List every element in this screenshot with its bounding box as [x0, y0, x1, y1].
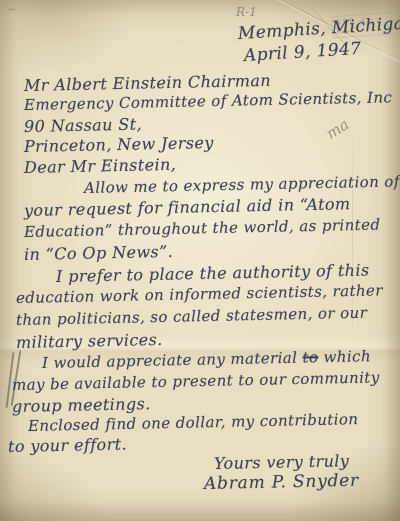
body-line: may be available to present to our commu… — [12, 368, 380, 394]
closing: Yours very truly — [214, 451, 350, 473]
body-line: your request for financial aid in “Atom — [24, 194, 351, 220]
salutation: Dear Mr Einstein, — [24, 155, 177, 177]
heading-date-line: April 9, 1947 — [243, 39, 362, 66]
paper-crease — [352, 120, 353, 370]
strike-pre: I would appreciate any material — [42, 349, 303, 372]
pencil-note: ma — [323, 115, 352, 143]
body-line-with-strikeout: I would appreciate any material to which — [42, 347, 371, 372]
body-line: Education” throughout the world, as prin… — [24, 216, 381, 241]
struck-word: to — [302, 348, 318, 366]
body-line: in “Co Op News”. — [24, 242, 174, 264]
pencil-corner-squiggle: ~ — [6, 2, 18, 17]
signature: Abram P. Snyder — [204, 471, 359, 494]
body-line: Allow me to express my appreciation of — [84, 172, 400, 197]
heading-city-line: Memphis, Michigan — [237, 13, 400, 44]
body-line: group meetings. — [12, 394, 151, 416]
strike-post: which — [318, 347, 371, 366]
recipient-line: 90 Nassau St, — [24, 115, 142, 136]
body-line: than politicians, so called statesmen, o… — [16, 304, 368, 329]
recipient-line: Princeton, New Jersey — [24, 133, 214, 156]
body-line: to your effort. — [8, 435, 127, 456]
letter-page: ~ R-1 APR 4 · REC ma Memphis, Michigan A… — [0, 0, 400, 521]
body-line: military services. — [16, 330, 163, 352]
pencil-code: R-1 — [236, 5, 257, 19]
